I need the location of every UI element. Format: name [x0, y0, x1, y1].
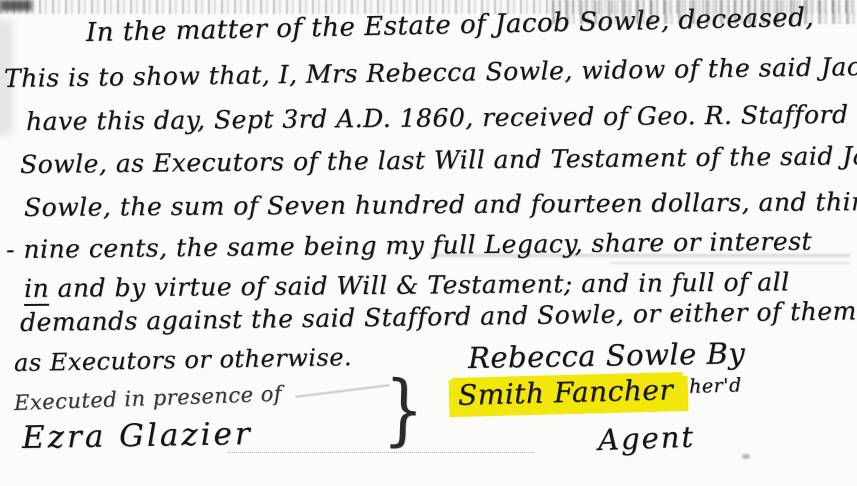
- stray-pen-stroke: [295, 384, 390, 398]
- signature-rebecca-sowle: Rebecca Sowle By: [468, 336, 746, 375]
- faded-ruled-line: [228, 452, 533, 453]
- brace-mark: }: [382, 363, 425, 456]
- scan-streak: [610, 262, 850, 264]
- signature-suffix: her'd: [689, 374, 742, 397]
- body-line-date-received: have this day, Sept 3rd A.D. 1860, recei…: [26, 99, 857, 136]
- body-line-amount: Sowle, the sum of Seven hundred and four…: [24, 187, 857, 222]
- highlighted-signature-smith-fancher: Smith Fancher: [452, 372, 684, 415]
- body-line: This is to show that, I, Mrs Rebecca Sow…: [4, 50, 857, 93]
- scanned-document-page: In the matter of the Estate of Jacob Sow…: [0, 0, 857, 486]
- witness-signature: Ezra Glazier: [22, 416, 253, 456]
- scan-corner-smudge: [0, 0, 32, 11]
- agent-signature-line: Smith Fancherher'd: [452, 371, 743, 412]
- body-line: in and by virtue of said Will & Testamen…: [24, 267, 790, 303]
- body-line: demands against the said Stafford and So…: [20, 296, 857, 337]
- closing-clause: as Executors or otherwise.: [14, 343, 353, 377]
- body-line: - nine cents, the same being my full Leg…: [6, 227, 812, 264]
- body-line: Sowle, as Executors of the last Will and…: [20, 141, 857, 179]
- body-line-rest: and by virtue of said Will & Testament; …: [49, 267, 790, 302]
- witness-attestation-label: Executed in presence of: [14, 382, 283, 415]
- scan-speck: [742, 454, 750, 459]
- underlined-word: in: [24, 274, 49, 306]
- agent-label: Agent: [597, 420, 695, 457]
